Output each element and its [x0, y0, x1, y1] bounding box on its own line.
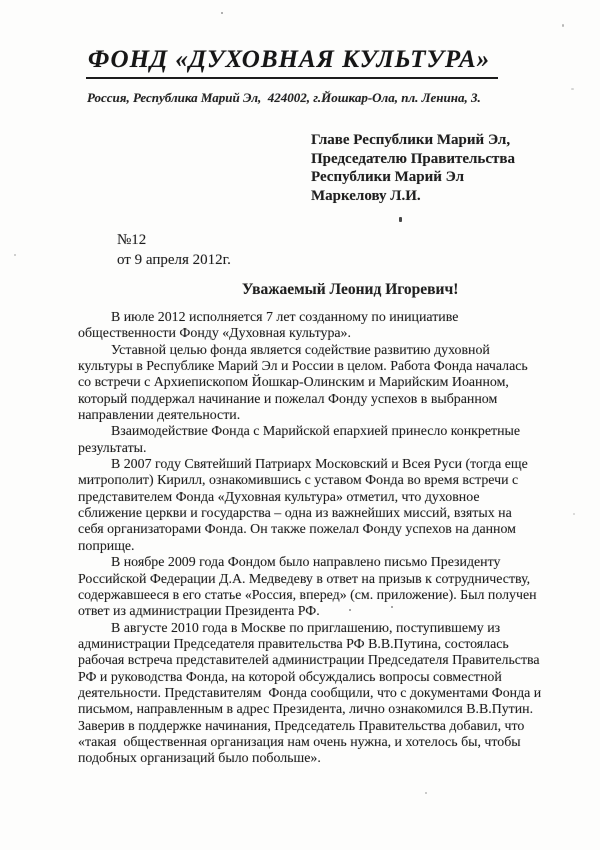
scan-speck	[349, 609, 351, 611]
body-line: «такая общественная организация нам очен…	[78, 735, 562, 751]
body-line: В июле 2012 исполняется 7 лет созданному…	[78, 310, 562, 326]
recipient-line: Главе Республики Марий Эл,	[311, 131, 515, 150]
recipient-line: Маркелову Л.И.	[311, 187, 515, 206]
scan-speck	[571, 88, 574, 90]
scan-speck	[399, 217, 402, 222]
body-line: который поддержал начинание и пожелал Фо…	[78, 392, 562, 408]
body-line: В ноябре 2009 года Фондом было направлен…	[78, 555, 562, 571]
scan-speck	[425, 792, 427, 794]
body-line: поприще.	[78, 539, 562, 555]
recipient-block: Главе Республики Марий Эл,Председателю П…	[311, 131, 515, 205]
body-line: В 2007 году Святейший Патриарх Московски…	[78, 457, 562, 473]
organization-address: Россия, Республика Марий Эл, 424002, г.Й…	[87, 90, 481, 106]
body-line: администрации Председателя правительства…	[78, 637, 562, 653]
scan-speck	[14, 254, 16, 256]
body-line: общественности Фонду «Духовная культура»…	[78, 326, 562, 342]
body-line: Заверив в поддержке начинания, Председат…	[78, 719, 562, 735]
scan-speck	[562, 24, 564, 27]
body-line: РФ и руководства Фонда, на которой обсуж…	[78, 670, 562, 686]
body-line: Российской Федерации Д.А. Медведеву в от…	[78, 572, 562, 588]
body-line: В августе 2010 года в Москве по приглаше…	[78, 621, 562, 637]
letter-date: от 9 апреля 2012г.	[117, 250, 231, 270]
letter-body: В июле 2012 исполняется 7 лет созданному…	[78, 310, 562, 768]
scanned-letter-page: ФОНД «ДУХОВНАЯ КУЛЬТУРА» Россия, Республ…	[0, 0, 600, 850]
scan-speck	[391, 606, 393, 608]
body-line: содержавшееся в его статье «Россия, впер…	[78, 588, 562, 604]
body-line: Взаимодействие Фонда с Марийской епархие…	[78, 424, 562, 440]
body-line: сближение церкви и государства – одна из…	[78, 506, 562, 522]
scan-speck	[221, 12, 223, 14]
recipient-line: Председателю Правительства	[311, 150, 515, 169]
recipient-line: Республики Марий Эл	[311, 168, 515, 187]
body-line: деятельности. Представителям Фонда сообщ…	[78, 686, 562, 702]
body-line: результаты.	[78, 441, 562, 457]
salutation: Уважаемый Леонид Игоревич!	[242, 281, 458, 299]
body-line: культуры в Республике Марий Эл и России …	[78, 359, 562, 375]
body-line: со встречи с Архиепископом Йошкар-Олинск…	[78, 375, 562, 391]
body-line: представителем Фонда «Духовная культура»…	[78, 490, 562, 506]
letter-number: №12	[117, 230, 231, 250]
body-line: направлении деятельности.	[78, 408, 562, 424]
scan-speck	[573, 513, 575, 515]
body-line: рабочая встреча представителей администр…	[78, 653, 562, 669]
body-line: митрополит) Кирилл, ознакомившись с уста…	[78, 473, 562, 489]
body-line: себя организаторами Фонда. Он также поже…	[78, 522, 562, 538]
body-line: ответ из администрации Президента РФ.	[78, 604, 562, 620]
body-line: Уставной целью фонда является содействие…	[78, 343, 562, 359]
organization-title: ФОНД «ДУХОВНАЯ КУЛЬТУРА»	[86, 46, 498, 79]
body-line: письмом, направленным в адрес Президента…	[78, 702, 562, 718]
body-line: подобных организаций было побольше».	[78, 751, 562, 767]
reference-block: №12 от 9 апреля 2012г.	[117, 230, 231, 270]
